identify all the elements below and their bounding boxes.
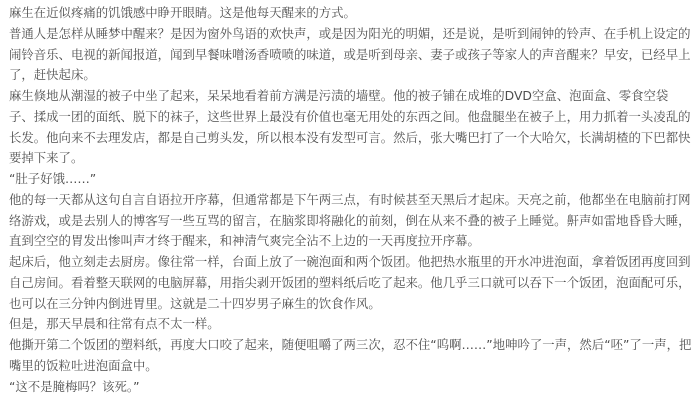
paragraph-second-riceball: 他撕开第二个饭团的塑料纸，再度大口咬了起来，随便咀嚼了两三次，忍不住“呜啊……”… bbox=[9, 335, 692, 377]
paragraph-sitting-up: 麻生倏地从潮湿的被子中坐了起来，呆呆地看着前方满是污渍的墙壁。他的被子铺在成堆的… bbox=[9, 86, 692, 169]
paragraph-opening: 麻生在近似疼痛的饥饿感中睁开眼睛。这是他每天醒来的方式。 bbox=[9, 3, 692, 24]
novel-text-page: 麻生在近似疼痛的饥饿感中睁开眼睛。这是他每天醒来的方式。 普通人是怎样从睡梦中醒… bbox=[0, 0, 700, 400]
paragraph-hungry-quote: “肚子好饿……” bbox=[9, 169, 692, 190]
paragraph-kitchen-meal: 起床后，他立刻走去厨房。像往常一样，台面上放了一碗泡面和两个饭团。他把热水瓶里的… bbox=[9, 252, 692, 314]
paragraph-pickled-plum-quote: “这不是腌梅吗？该死。” bbox=[9, 377, 692, 398]
paragraph-ordinary-waking: 普通人是怎样从睡梦中醒来？是因为窗外鸟语的欢快声，或是因为阳光的明媚，还是说，是… bbox=[9, 24, 692, 86]
paragraph-different-morning: 但是，那天早晨和往常有点不太一样。 bbox=[9, 314, 692, 335]
paragraph-daily-routine: 他的每一天都从这句自言自语拉开序幕，但通常都是下午两三点，有时候甚至天黑后才起床… bbox=[9, 190, 692, 252]
